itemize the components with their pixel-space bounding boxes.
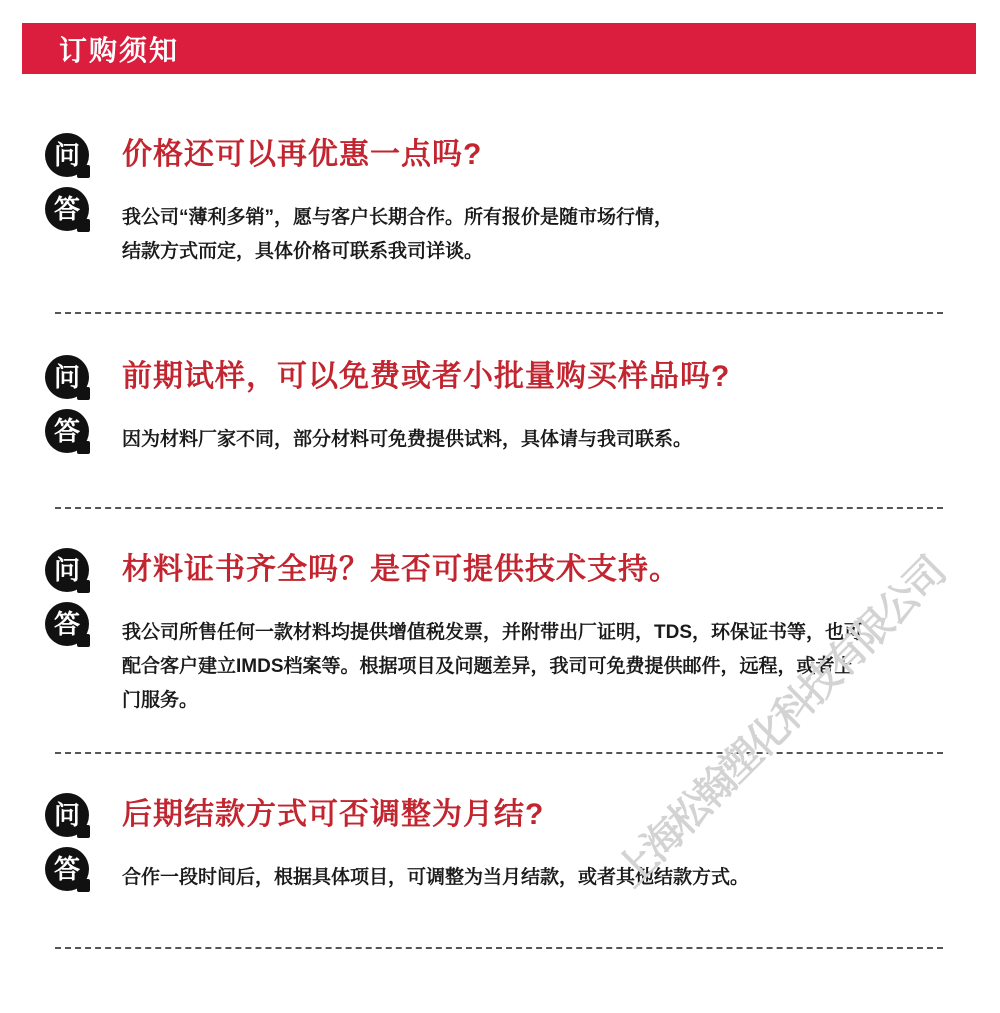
question-title: 材料证书齐全吗？是否可提供技术支持。 xyxy=(122,548,680,592)
answer-badge-glyph: 答 xyxy=(54,196,80,222)
question-row: 问 后期结款方式可否调整为月结? xyxy=(45,793,955,837)
answer-row: 答 我公司所售任何一款材料均提供增值税发票，并附带出厂证明，TDS，环保证书等，… xyxy=(45,602,955,718)
answer-bubble-icon: 答 xyxy=(45,187,89,231)
question-title: 前期试样，可以免费或者小批量购买样品吗? xyxy=(122,355,730,399)
section-header-bar: 订购须知 xyxy=(22,23,976,74)
answer-badge-glyph: 答 xyxy=(54,611,80,637)
question-title: 价格还可以再优惠一点吗? xyxy=(122,133,482,177)
answer-bubble-icon: 答 xyxy=(45,602,89,646)
qa-item: 问 材料证书齐全吗？是否可提供技术支持。 答 我公司所售任何一款材料均提供增值税… xyxy=(45,548,955,718)
question-bubble-icon: 问 xyxy=(45,793,89,837)
answer-text: 我公司“薄利多销”，愿与客户长期合作。所有报价是随市场行情，结款方式而定，具体价… xyxy=(122,201,673,269)
dashed-divider xyxy=(55,312,943,314)
section-title: 订购须知 xyxy=(22,29,179,69)
question-bubble-icon: 问 xyxy=(45,355,89,399)
question-title: 后期结款方式可否调整为月结? xyxy=(122,793,544,837)
answer-row: 答 我公司“薄利多销”，愿与客户长期合作。所有报价是随市场行情，结款方式而定，具… xyxy=(45,187,955,269)
answer-row: 答 因为材料厂家不同，部分材料可免费提供试料，具体请与我司联系。 xyxy=(45,409,955,457)
answer-text: 合作一段时间后，根据具体项目，可调整为当月结款，或者其他结款方式。 xyxy=(122,861,749,895)
question-bubble-icon: 问 xyxy=(45,548,89,592)
answer-line: 门服务。 xyxy=(122,684,863,718)
qa-item: 问 后期结款方式可否调整为月结? 答 合作一段时间后，根据具体项目，可调整为当月… xyxy=(45,793,955,895)
qa-item: 问 价格还可以再优惠一点吗? 答 我公司“薄利多销”，愿与客户长期合作。所有报价… xyxy=(45,133,955,269)
answer-line: 结款方式而定，具体价格可联系我司详谈。 xyxy=(122,235,673,269)
question-row: 问 材料证书齐全吗？是否可提供技术支持。 xyxy=(45,548,955,592)
answer-badge-glyph: 答 xyxy=(54,418,80,444)
question-badge-glyph: 问 xyxy=(54,364,80,390)
question-badge-glyph: 问 xyxy=(54,142,80,168)
question-badge-glyph: 问 xyxy=(54,802,80,828)
answer-line: 合作一段时间后，根据具体项目，可调整为当月结款，或者其他结款方式。 xyxy=(122,861,749,895)
answer-line: 因为材料厂家不同，部分材料可免费提供试料，具体请与我司联系。 xyxy=(122,423,692,457)
question-badge-glyph: 问 xyxy=(54,557,80,583)
answer-line: 配合客户建立IMDS档案等。根据项目及问题差异，我司可免费提供邮件，远程，或者上 xyxy=(122,650,863,684)
answer-bubble-icon: 答 xyxy=(45,409,89,453)
question-row: 问 价格还可以再优惠一点吗? xyxy=(45,133,955,177)
answer-line: 我公司所售任何一款材料均提供增值税发票，并附带出厂证明，TDS，环保证书等，也可 xyxy=(122,616,863,650)
answer-badge-glyph: 答 xyxy=(54,856,80,882)
answer-line: 我公司“薄利多销”，愿与客户长期合作。所有报价是随市场行情， xyxy=(122,201,673,235)
answer-text: 我公司所售任何一款材料均提供增值税发票，并附带出厂证明，TDS，环保证书等，也可… xyxy=(122,616,863,718)
question-bubble-icon: 问 xyxy=(45,133,89,177)
order-notice-page: 订购须知 问 价格还可以再优惠一点吗? 答 我公司“薄利多销”，愿与客户长期合作… xyxy=(0,0,1000,1013)
answer-bubble-icon: 答 xyxy=(45,847,89,891)
answer-row: 答 合作一段时间后，根据具体项目，可调整为当月结款，或者其他结款方式。 xyxy=(45,847,955,895)
qa-item: 问 前期试样，可以免费或者小批量购买样品吗? 答 因为材料厂家不同，部分材料可免… xyxy=(45,355,955,457)
dashed-divider xyxy=(55,947,943,949)
answer-text: 因为材料厂家不同，部分材料可免费提供试料，具体请与我司联系。 xyxy=(122,423,692,457)
dashed-divider xyxy=(55,752,943,754)
question-row: 问 前期试样，可以免费或者小批量购买样品吗? xyxy=(45,355,955,399)
dashed-divider xyxy=(55,507,943,509)
